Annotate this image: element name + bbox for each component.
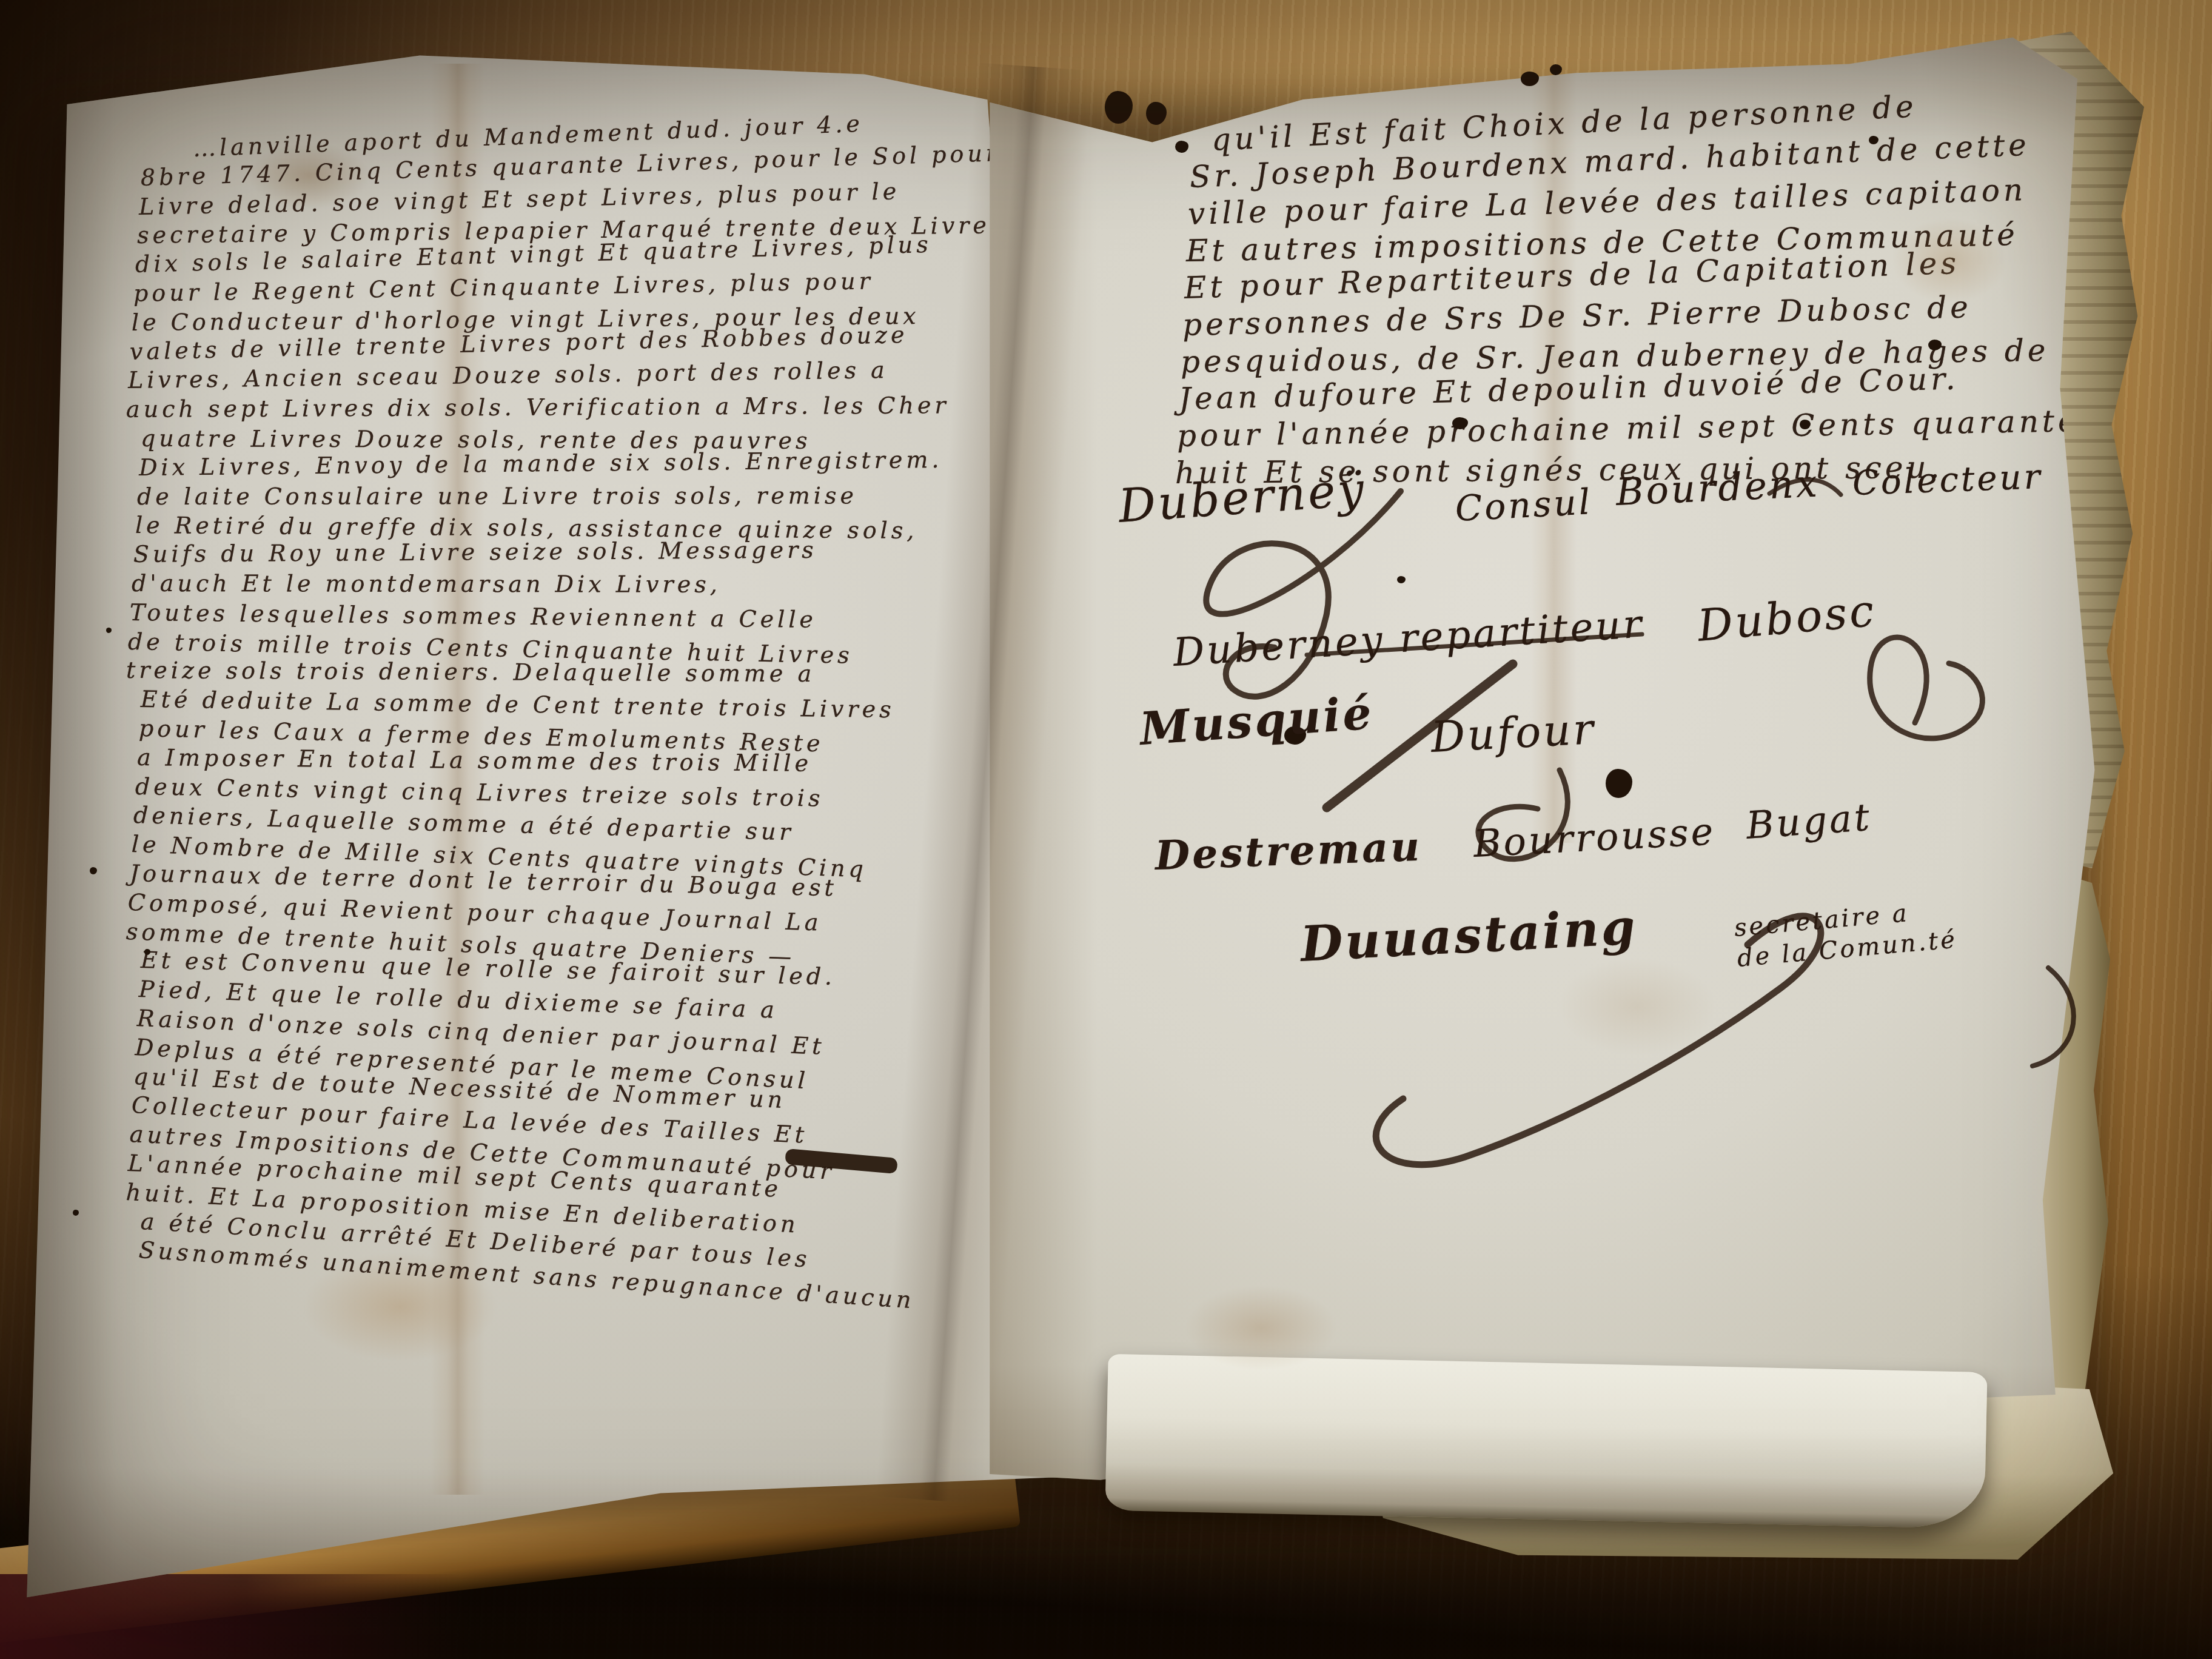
- heavy-diagonal-stroke: [1327, 664, 1513, 808]
- paraph-duuastaing: [1376, 916, 1821, 1165]
- signature-flourishes: [1085, 455, 2128, 1219]
- underline-repartiteur: [1307, 634, 1642, 655]
- paraph-duberney: [1206, 491, 1401, 697]
- bourdenx-tilde: [1769, 480, 1841, 495]
- secretaire-tail: [2033, 968, 2074, 1066]
- p-flourish: [1870, 637, 1983, 739]
- photo-of-manuscript-spread: …lanville aport du Mandement dud. jour 4…: [0, 0, 2212, 1659]
- dufour-descender: [1478, 770, 1567, 859]
- signature-block: Duberneÿ Consul Bourdenx Colecteur Duber…: [0, 0, 2212, 1659]
